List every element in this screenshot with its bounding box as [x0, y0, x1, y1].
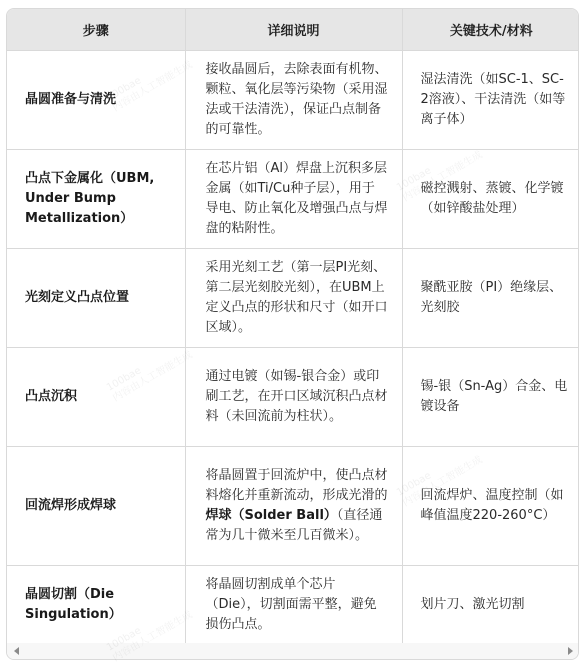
step-cell: 光刻定义凸点位置	[7, 248, 185, 347]
tech-cell: 锡-银（Sn-Ag）合金、电镀设备	[402, 347, 579, 446]
scroll-right-arrow-icon[interactable]	[568, 647, 573, 655]
step-cell: 凸点沉积	[7, 347, 185, 446]
step-cell: 晶圆准备与清洗	[7, 50, 185, 149]
step-cell: 晶圆切割（Die Singulation）	[7, 565, 185, 645]
tech-cell: 磁控溅射、蒸镀、化学镀（如锌酸盐处理）	[402, 149, 579, 248]
table-row: 凸点沉积 通过电镀（如锡-银合金）或印刷工艺，在开口区域沉积凸点材料（未回流前为…	[7, 347, 579, 446]
table-row: 晶圆切割（Die Singulation） 将晶圆切割成单个芯片（Die），切割…	[7, 565, 579, 645]
header-step: 步骤	[7, 9, 185, 50]
description-cell: 采用光刻工艺（第一层PI光刻、第二层光刻胶光刻），在UBM上定义凸点的形状和尺寸…	[185, 248, 402, 347]
solder-ball-term: 焊球（Solder Ball）	[206, 508, 337, 523]
step-cell: 回流焊形成焊球	[7, 446, 185, 565]
table-row: 凸点下金属化（UBM, Under Bump Metallization） 在芯…	[7, 149, 579, 248]
tech-cell: 划片刀、激光切割	[402, 565, 579, 645]
header-description: 详细说明	[185, 9, 402, 50]
description-cell: 通过电镀（如锡-银合金）或印刷工艺，在开口区域沉积凸点材料（未回流前为柱状）。	[185, 347, 402, 446]
description-cell: 在芯片铝（Al）焊盘上沉积多层金属（如Ti/Cu种子层），用于导电、防止氧化及增…	[185, 149, 402, 248]
scroll-left-arrow-icon[interactable]	[14, 647, 19, 655]
table-row: 光刻定义凸点位置 采用光刻工艺（第一层PI光刻、第二层光刻胶光刻），在UBM上定…	[7, 248, 579, 347]
process-table: 步骤 详细说明 关键技术/材料 晶圆准备与清洗 接收晶圆后，去除表面有机物、颗粒…	[7, 9, 579, 645]
description-text: 将晶圆置于回流炉中，使凸点材料熔化并重新流动，形成光滑的	[206, 468, 388, 503]
table-row: 晶圆准备与清洗 接收晶圆后，去除表面有机物、颗粒、氧化层等污染物（采用湿法或干法…	[7, 50, 579, 149]
description-cell: 将晶圆切割成单个芯片（Die），切割面需平整，避免损伤凸点。	[185, 565, 402, 645]
table-header-row: 步骤 详细说明 关键技术/材料	[7, 9, 579, 50]
step-cell: 凸点下金属化（UBM, Under Bump Metallization）	[7, 149, 185, 248]
tech-cell: 回流焊炉、温度控制（如峰值温度220-260°C）	[402, 446, 579, 565]
tech-cell: 聚酰亚胺（PI）绝缘层、光刻胶	[402, 248, 579, 347]
table-row: 回流焊形成焊球 将晶圆置于回流炉中，使凸点材料熔化并重新流动，形成光滑的 焊球（…	[7, 446, 579, 565]
table-container: 步骤 详细说明 关键技术/材料 晶圆准备与清洗 接收晶圆后，去除表面有机物、颗粒…	[6, 8, 579, 660]
header-key-tech: 关键技术/材料	[402, 9, 579, 50]
tech-cell: 湿法清洗（如SC-1、SC-2溶液）、干法清洗（如等离子体）	[402, 50, 579, 149]
description-cell: 接收晶圆后，去除表面有机物、颗粒、氧化层等污染物（采用湿法或干法清洗），保证凸点…	[185, 50, 402, 149]
description-cell: 将晶圆置于回流炉中，使凸点材料熔化并重新流动，形成光滑的 焊球（Solder B…	[185, 446, 402, 565]
horizontal-scrollbar[interactable]	[7, 643, 579, 659]
